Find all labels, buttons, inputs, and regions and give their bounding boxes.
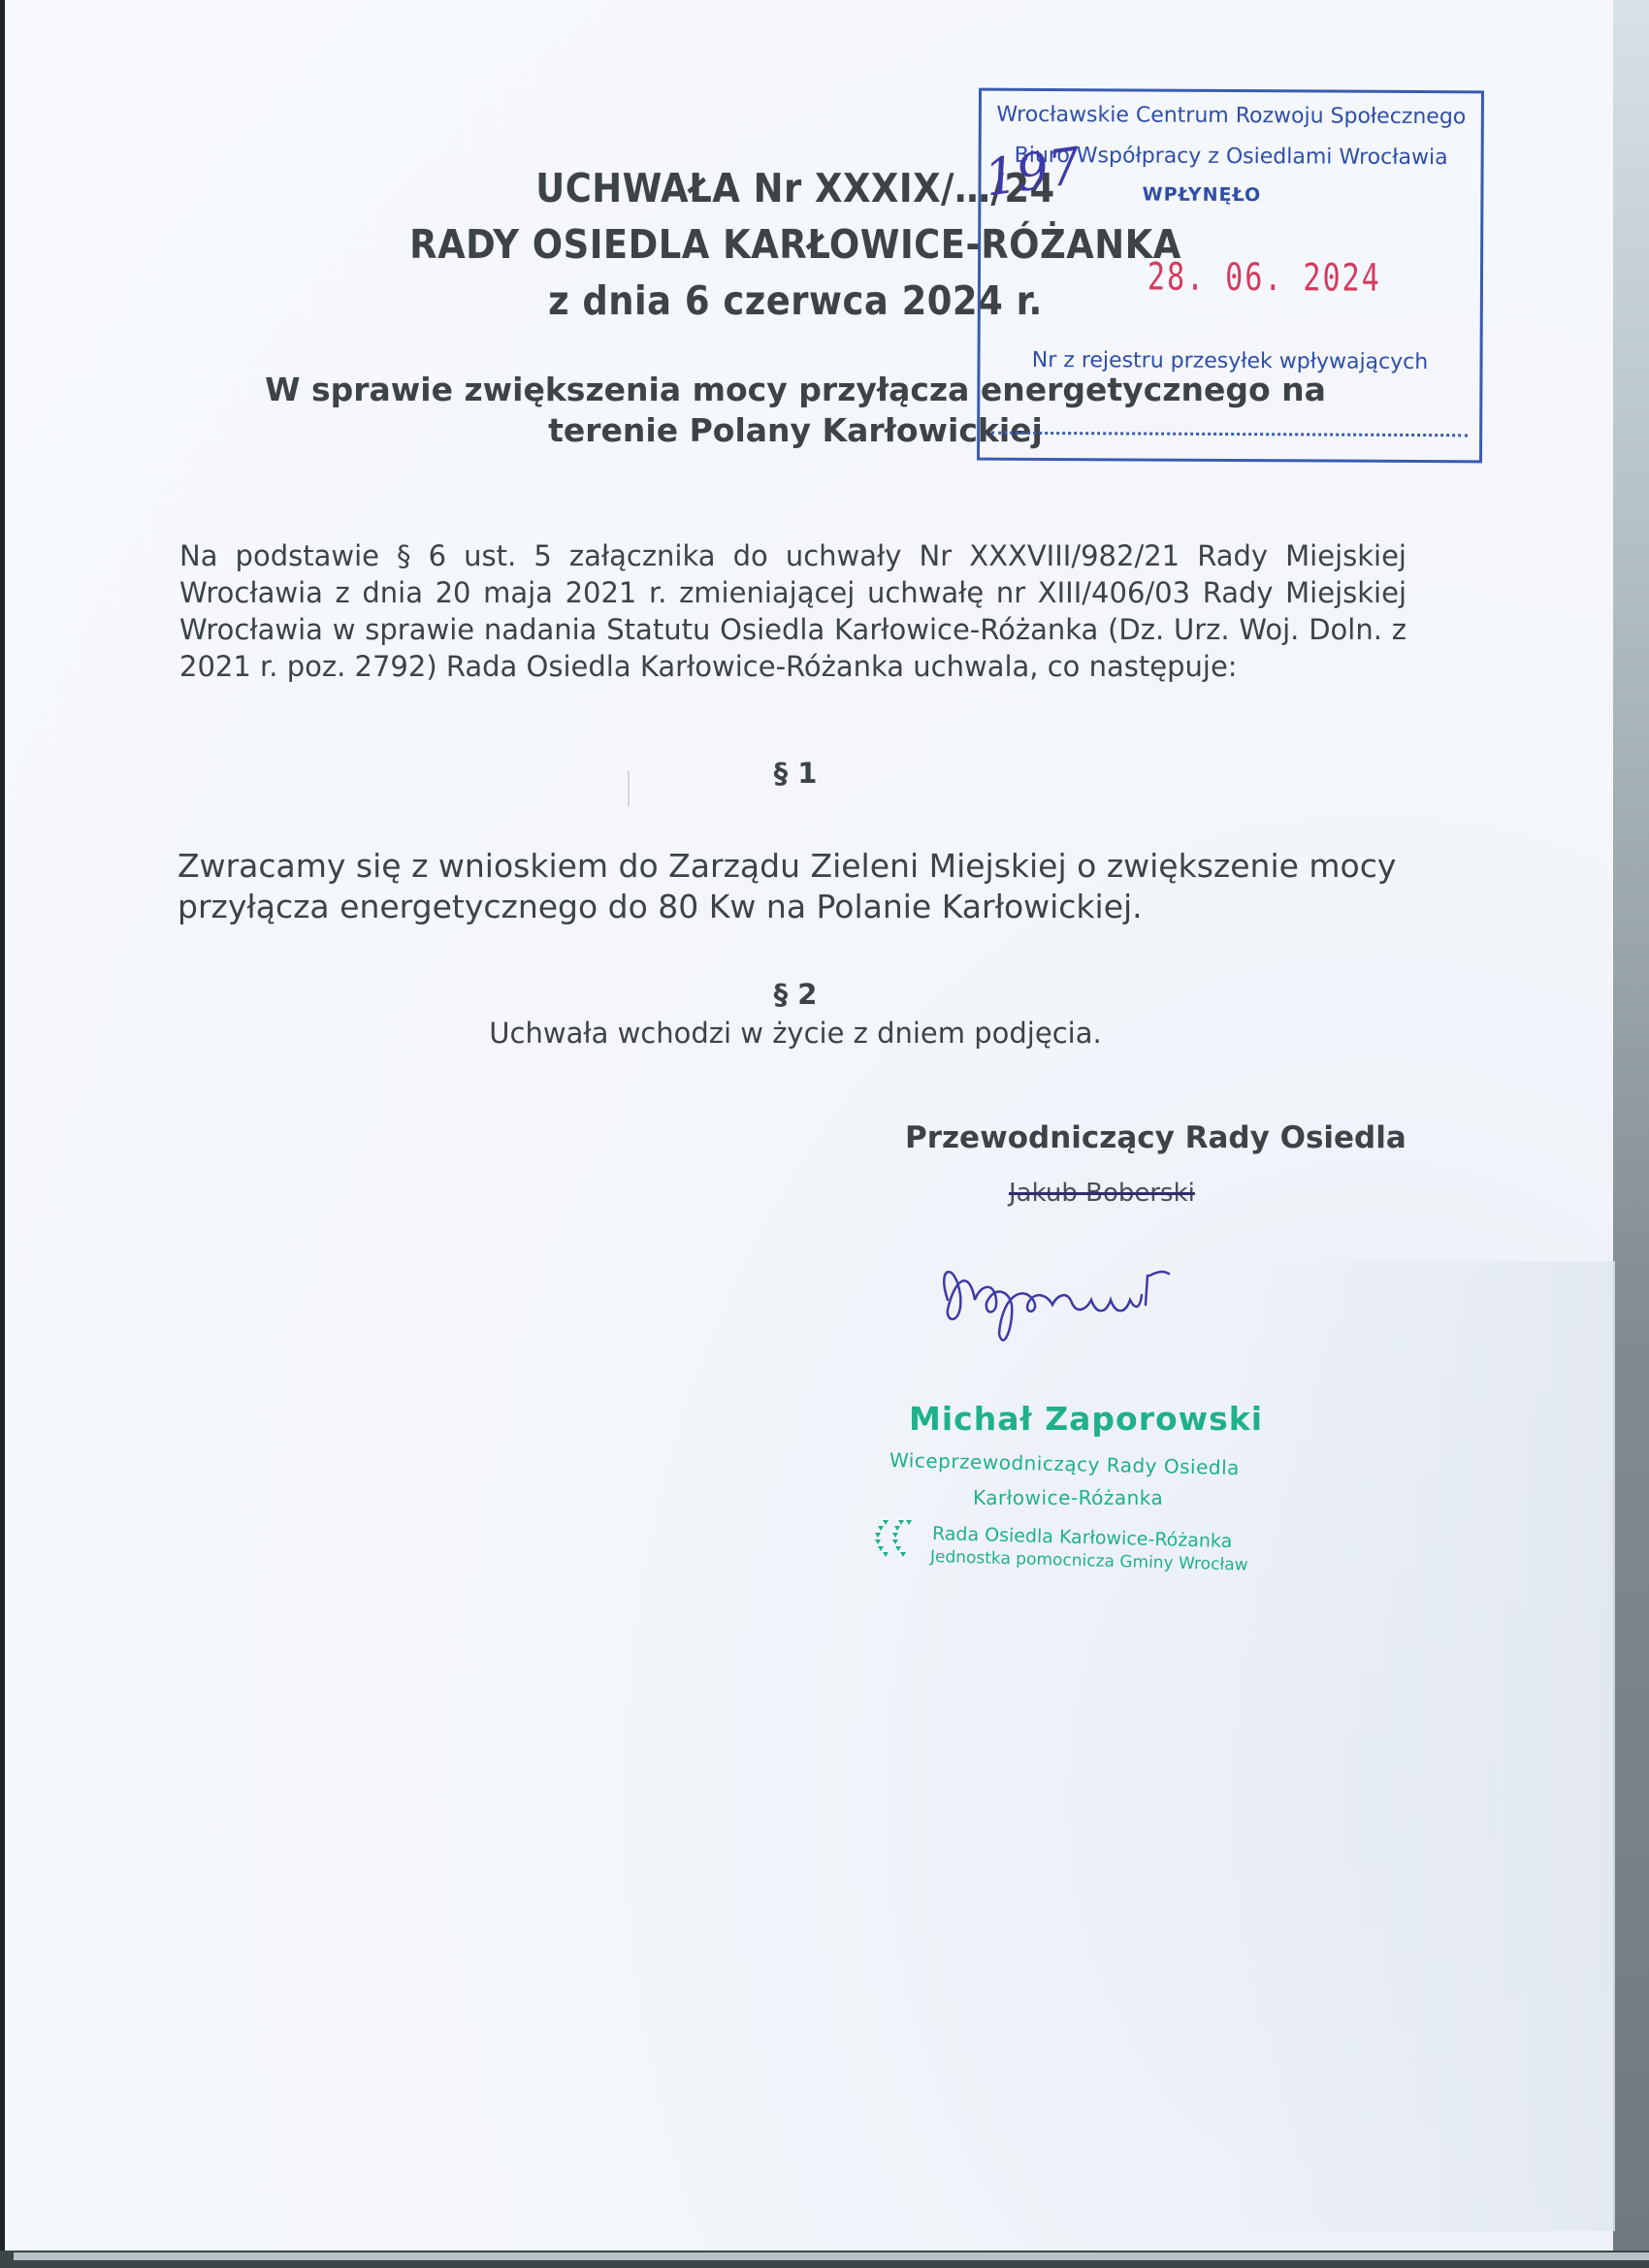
receipt-stamp-register-label: Nr z rejestru przesyłek wpływających	[980, 348, 1479, 375]
stamp-name: Michał Zaporowski	[909, 1400, 1263, 1438]
council-logo-icon	[873, 1516, 920, 1559]
stamp-org-line2: Jednostka pomocnicza Gminy Wrocław	[930, 1547, 1248, 1575]
receipt-stamp-institution: Wrocławskie Centrum Rozwoju Społecznego	[982, 103, 1481, 130]
section-2-text: Uchwała wchodzi w życie z dniem podjęcia…	[5, 1017, 1586, 1050]
signatory-title: Przewodniczący Rady Osiedla	[905, 1120, 1406, 1155]
scan-bottom-highlight	[14, 2252, 1649, 2260]
document-page: UCHWAŁA Nr XXXIX/…/24 RADY OSIEDLA KARŁO…	[5, 0, 1613, 2251]
signatory-name-struck: Jakub Boberski	[1009, 1179, 1195, 1208]
section-1-text: Zwracamy się z wnioskiem do Zarządu Ziel…	[178, 846, 1429, 927]
handwritten-signature	[926, 1256, 1237, 1363]
scan-right-margin	[1613, 0, 1649, 2251]
scan-shadow	[1227, 1261, 1615, 2231]
stamp-role-line1: Wiceprzewodniczący Rady Osiedla	[889, 1448, 1240, 1479]
legal-basis-paragraph: Na podstawie § 6 ust. 5 załącznika do uc…	[179, 537, 1406, 685]
section-2-heading: § 2	[5, 978, 1586, 1011]
stamp-role-line2: Karłowice-Różanka	[973, 1486, 1163, 1509]
receipt-stamp-dotted-line	[991, 432, 1468, 437]
receipt-stamp-date: 28. 06. 2024	[1148, 255, 1381, 301]
section-1-heading: § 1	[5, 757, 1586, 790]
